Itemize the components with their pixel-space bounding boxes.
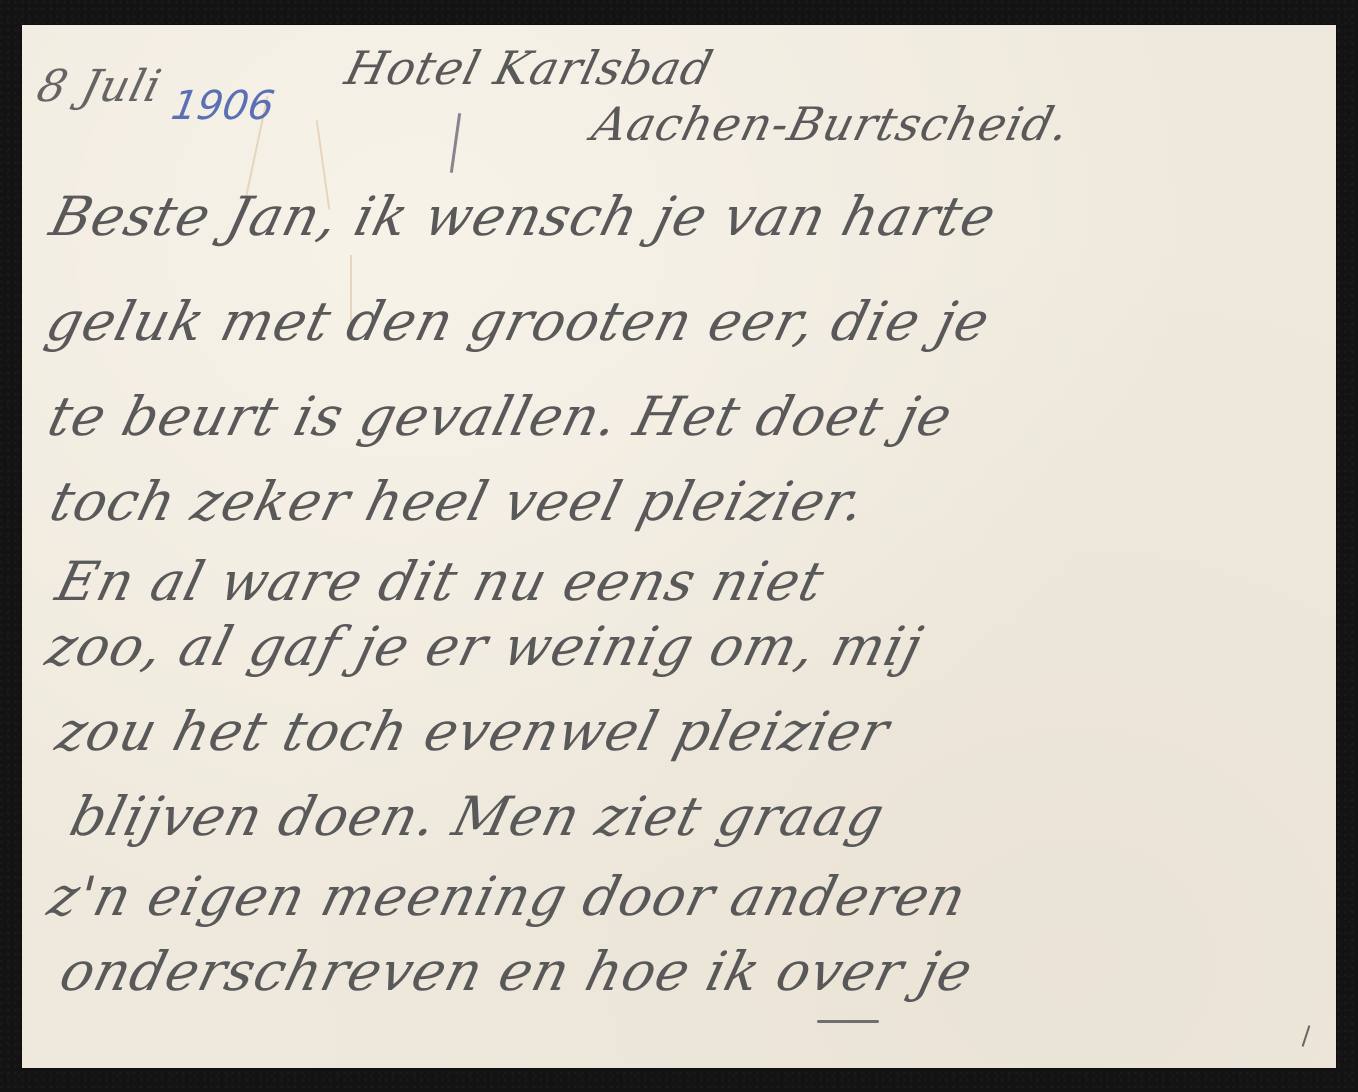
body-line-2: geluk met den grooten eer, die je <box>40 290 996 353</box>
letter-card: 8 Juli 1906 Hotel Karlsbad Aachen-Burtsc… <box>22 25 1336 1068</box>
body-line-6: zoo, al gaf je er weinig om, mij <box>40 615 929 678</box>
underline-ik <box>817 1020 879 1023</box>
body-line-1: Beste Jan, ik wensch je van harte <box>44 185 1003 248</box>
body-line-7: zou het toch evenwel pleizier <box>50 700 896 763</box>
body-line-9: z'n eigen meening door anderen <box>42 865 973 928</box>
date-year: 1906 <box>168 83 278 129</box>
body-line-10: onderschreven en hoe ik over je <box>54 940 979 1003</box>
letterhead-place: Aachen-Burtscheid. <box>587 97 1076 151</box>
trailing-mark <box>1302 1025 1311 1047</box>
date-day-month: 8 Juli <box>32 61 167 112</box>
letterhead-hotel: Hotel Karlsbad <box>340 41 719 95</box>
body-line-8: blijven doen. Men ziet graag <box>64 785 891 848</box>
body-line-4: toch zeker heel veel pleizier. <box>44 470 872 533</box>
body-line-3: te beurt is gevallen. Het doet je <box>42 385 959 448</box>
page-number-mark <box>450 113 461 173</box>
body-line-5: En al ware dit nu eens niet <box>50 550 831 613</box>
